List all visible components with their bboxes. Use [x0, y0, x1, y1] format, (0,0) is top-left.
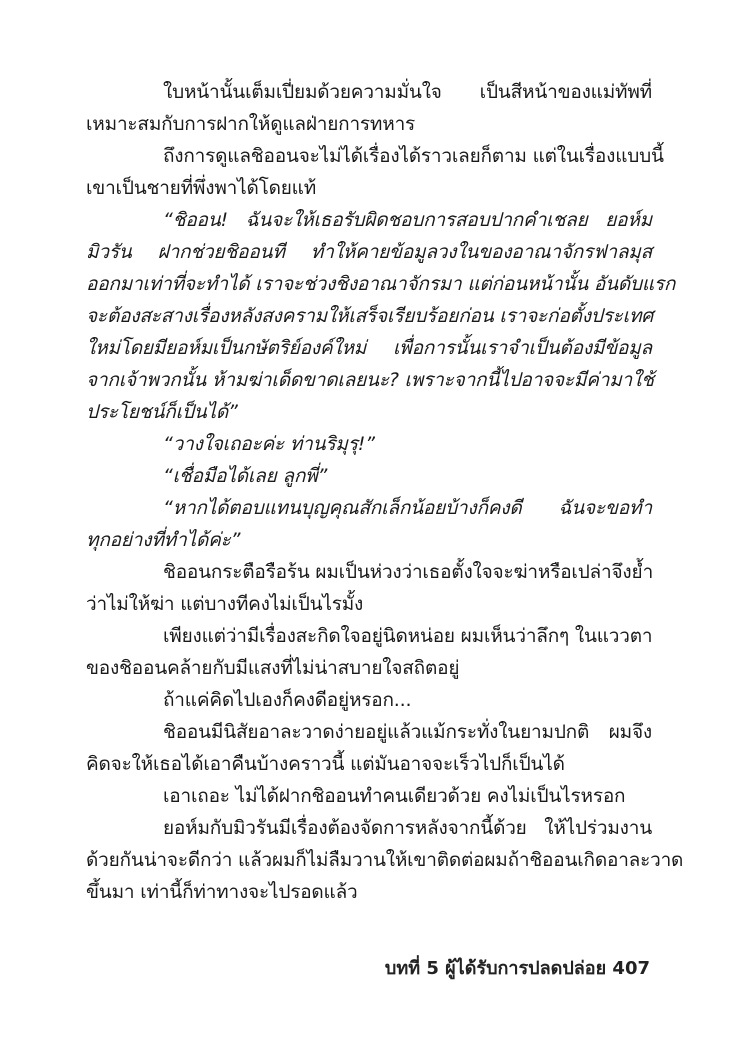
text-line: เอาเถอะ ไม่ได้ฝากชิออนทำคนเดียวด้วย คงไม…	[86, 780, 652, 812]
text-line: ถ้าแค่คิดไปเองก็คงดีอยู่หรอก...	[86, 684, 652, 716]
dialogue-line: “เชื่อมือได้เลย ลูกพี่”	[86, 460, 652, 492]
text-line: เหมาะสมกับการฝากให้ดูแลฝ่ายการทหาร	[86, 108, 652, 140]
chapter-title: บทที่ 5 ผู้ได้รับการปลดปล่อย	[385, 958, 606, 979]
page-footer: บทที่ 5 ผู้ได้รับการปลดปล่อย 407	[385, 955, 650, 983]
dialogue-line: ทุกอย่างที่ทำได้ค่ะ”	[86, 524, 652, 556]
dialogue-line: จะต้องสะสางเรื่องหลังสงครามให้เสร็จเรียบ…	[86, 300, 652, 332]
text-line: เพียงแต่ว่ามีเรื่องสะกิดใจอยู่นิดหน่อย ผ…	[86, 620, 652, 652]
text-line: ของชิออนคล้ายกับมีแสงที่ไม่น่าสบายใจสถิต…	[86, 652, 652, 684]
text-line: ใบหน้านั้นเต็มเปี่ยมด้วยความมั่นใจ เป็นส…	[86, 76, 652, 108]
text-line: ชิออนกระตือรือร้น ผมเป็นห่วงว่าเธอตั้งใจ…	[86, 556, 652, 588]
text-line: ถึงการดูแลชิออนจะไม่ได้เรื่องได้ราวเลยก็…	[86, 140, 652, 172]
text-line: ด้วยกันน่าจะดีกว่า แล้วผมก็ไม่ลืมวานให้เ…	[86, 844, 652, 876]
text-line: ยอห์มกับมิวรันมีเรื่องต้องจัดการหลังจากน…	[86, 812, 652, 844]
text-line: เขาเป็นชายที่พึ่งพาได้โดยแท้	[86, 172, 652, 204]
dialogue-line: “หากได้ตอบแทนบุญคุณสักเล็กน้อยบ้างก็คงดี…	[86, 492, 652, 524]
dialogue-line: จากเจ้าพวกนั้น ห้ามฆ่าเด็ดขาดเลยนะ? เพรา…	[86, 364, 652, 396]
dialogue-line: ออกมาเท่าที่จะทำได้ เราจะช่วงชิงอาณาจักร…	[86, 268, 652, 300]
dialogue-line: “วางใจเถอะค่ะ ท่านริมุรุ!”	[86, 428, 652, 460]
dialogue-line: “ชิออน! ฉันจะให้เธอรับผิดชอบการสอบปากคำเ…	[86, 204, 652, 236]
text-line: ว่าไม่ให้ฆ่า แต่บางทีคงไม่เป็นไรมั้ง	[86, 588, 652, 620]
dialogue-line: มิวรัน ฝากช่วยชิออนที ทำให้คายข้อมูลวงใน…	[86, 236, 652, 268]
book-page-body: ใบหน้านั้นเต็มเปี่ยมด้วยความมั่นใจ เป็นส…	[86, 76, 652, 908]
text-line: ขึ้นมา เท่านี้ก็ท่าทางจะไปรอดแล้ว	[86, 876, 652, 908]
text-line: ชิออนมีนิสัยอาละวาดง่ายอยู่แล้วแม้กระทั่…	[86, 716, 652, 748]
page-number: 407	[612, 958, 650, 979]
dialogue-line: ใหม่โดยมียอห์มเป็นกษัตริย์องค์ใหม่ เพื่อ…	[86, 332, 652, 364]
text-line: คิดจะให้เธอได้เอาคืนบ้างคราวนี้ แต่มันอา…	[86, 748, 652, 780]
dialogue-line: ประโยชน์ก็เป็นได้”	[86, 396, 652, 428]
